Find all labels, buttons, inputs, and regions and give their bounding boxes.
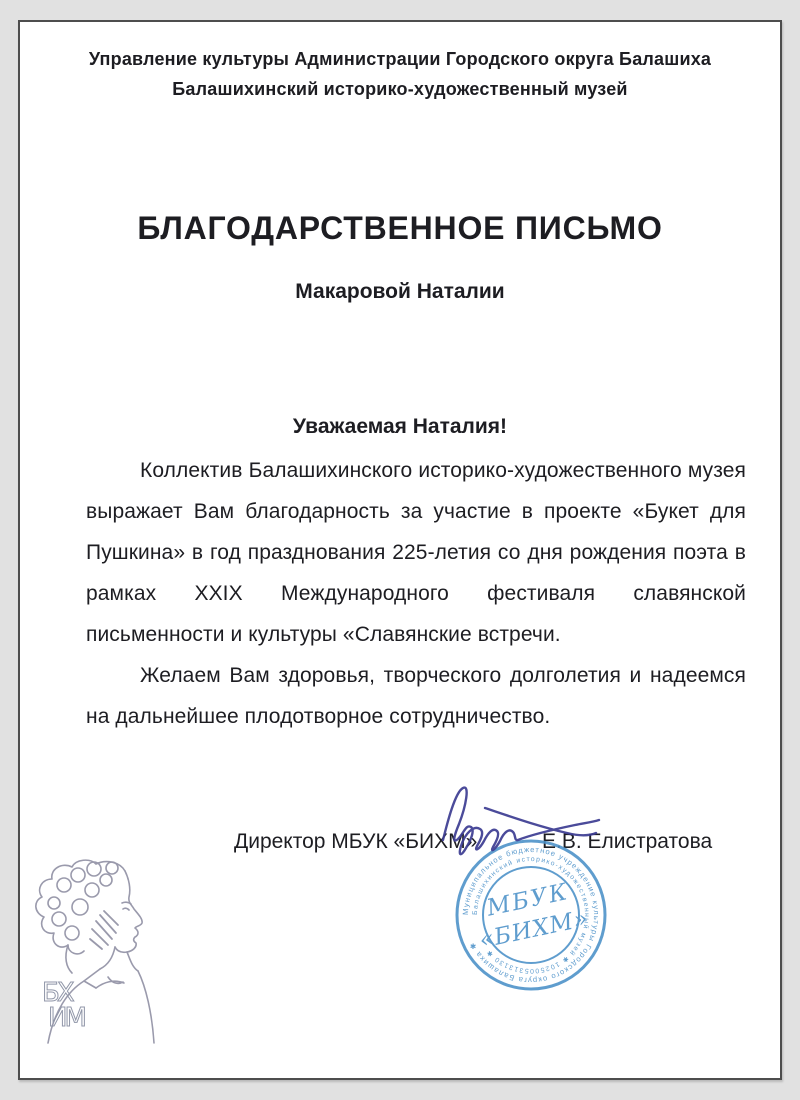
eyebrow <box>122 902 131 904</box>
body-line: письменности и культуры «Славянские встр… <box>86 614 746 655</box>
letterhead-line-2: Балашихинский историко-художественный му… <box>20 74 780 104</box>
hair-curl <box>65 926 79 940</box>
body-line: Пушкина» в год празднования 225-летия со… <box>86 532 746 573</box>
sideburn-hatching <box>90 911 118 949</box>
hair-curl <box>87 862 101 876</box>
body-line: Коллектив Балашихинского историко-художе… <box>86 450 746 491</box>
letter-body: Коллектив Балашихинского историко-художе… <box>86 450 746 737</box>
cravat-knot <box>108 977 123 983</box>
hair-curl <box>100 874 112 886</box>
monogram-graphic: БХ ИМ <box>40 978 86 1030</box>
salutation: Уважаемая Наталия! <box>20 413 780 441</box>
body-line: выражает Вам благодарность за участие в … <box>86 491 746 532</box>
hair-curl <box>106 862 118 874</box>
face-profile <box>115 871 142 952</box>
museum-monogram-logo: БХ ИМ <box>40 978 86 1030</box>
collar-flap <box>84 969 100 988</box>
hair-curl <box>48 897 60 909</box>
jaw-neck-line <box>100 947 115 969</box>
chin-neck-line <box>127 952 138 971</box>
hair-curl <box>52 912 66 926</box>
signature-ink-graphic <box>433 778 605 866</box>
hair-curl <box>71 868 85 882</box>
addressee-name: Макаровой Наталии <box>20 278 780 306</box>
body-line: рамках XXIX Международного фестиваля сла… <box>86 573 746 614</box>
handwritten-signature <box>433 778 605 866</box>
letterhead: Управление культуры Администрации Городс… <box>20 44 780 104</box>
signature-cross-stroke <box>485 808 596 835</box>
body-line: Желаем Вам здоровья, творческого долголе… <box>86 655 746 696</box>
monogram-bottom-letters: ИМ <box>48 1003 84 1030</box>
letter-page: Управление культуры Администрации Городс… <box>18 20 782 1080</box>
body-line: на дальнейшее плодотворное сотрудничеств… <box>86 696 746 737</box>
document-title: БЛАГОДАРСТВЕННОЕ ПИСЬМО <box>20 206 780 250</box>
letterhead-line-1: Управление культуры Администрации Городс… <box>20 44 780 74</box>
cravat-line <box>96 981 124 988</box>
eye <box>123 908 129 910</box>
hair-curl <box>85 883 99 897</box>
hair-curl <box>72 899 88 915</box>
hair-curl <box>57 878 71 892</box>
shoulder-right <box>138 971 154 1043</box>
